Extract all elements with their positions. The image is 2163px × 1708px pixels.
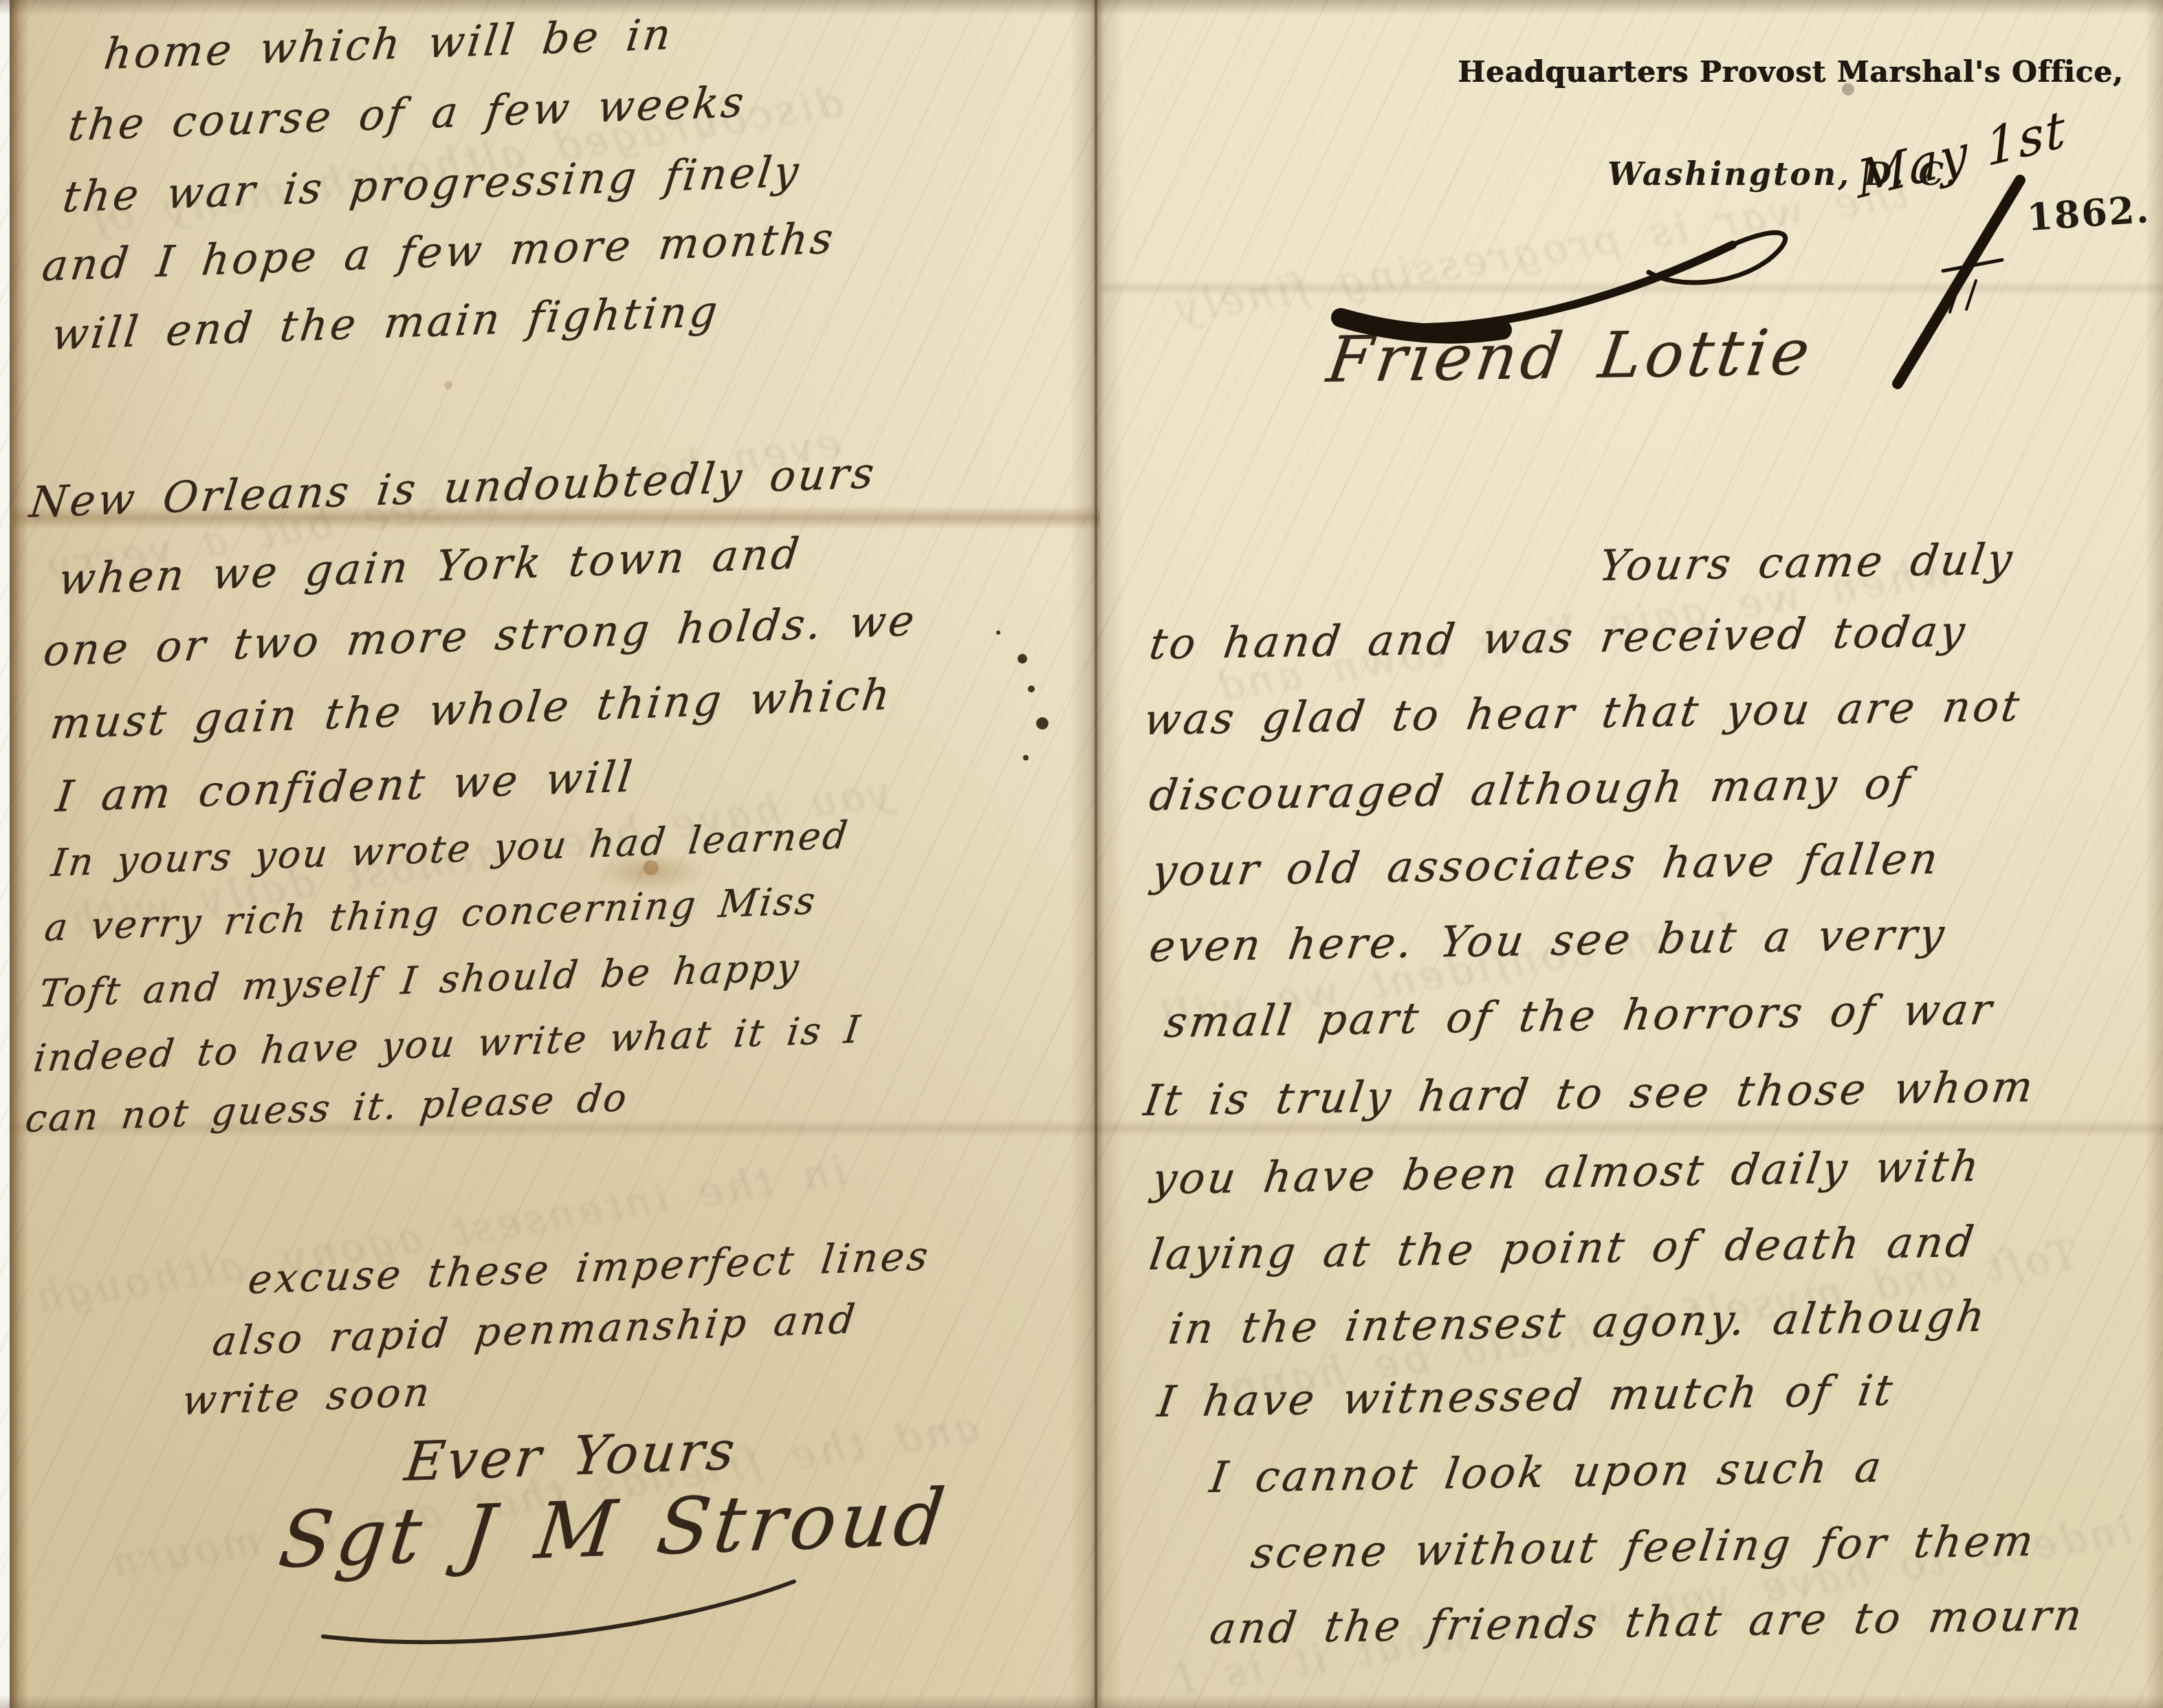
signature-flourish	[323, 1581, 794, 1642]
letter-scan: discouraged although many of even here. …	[0, 0, 2163, 1708]
paper-speck	[1842, 83, 1854, 96]
ink-flourish-overlay	[0, 0, 2163, 1708]
date-slash-stroke	[1898, 180, 2020, 384]
paper-speck	[644, 860, 659, 875]
ink-spatter	[996, 631, 1048, 760]
date-flourish-stroke	[1342, 245, 1733, 327]
paper-speck	[444, 381, 452, 389]
date-tick-mark	[1966, 281, 1976, 309]
